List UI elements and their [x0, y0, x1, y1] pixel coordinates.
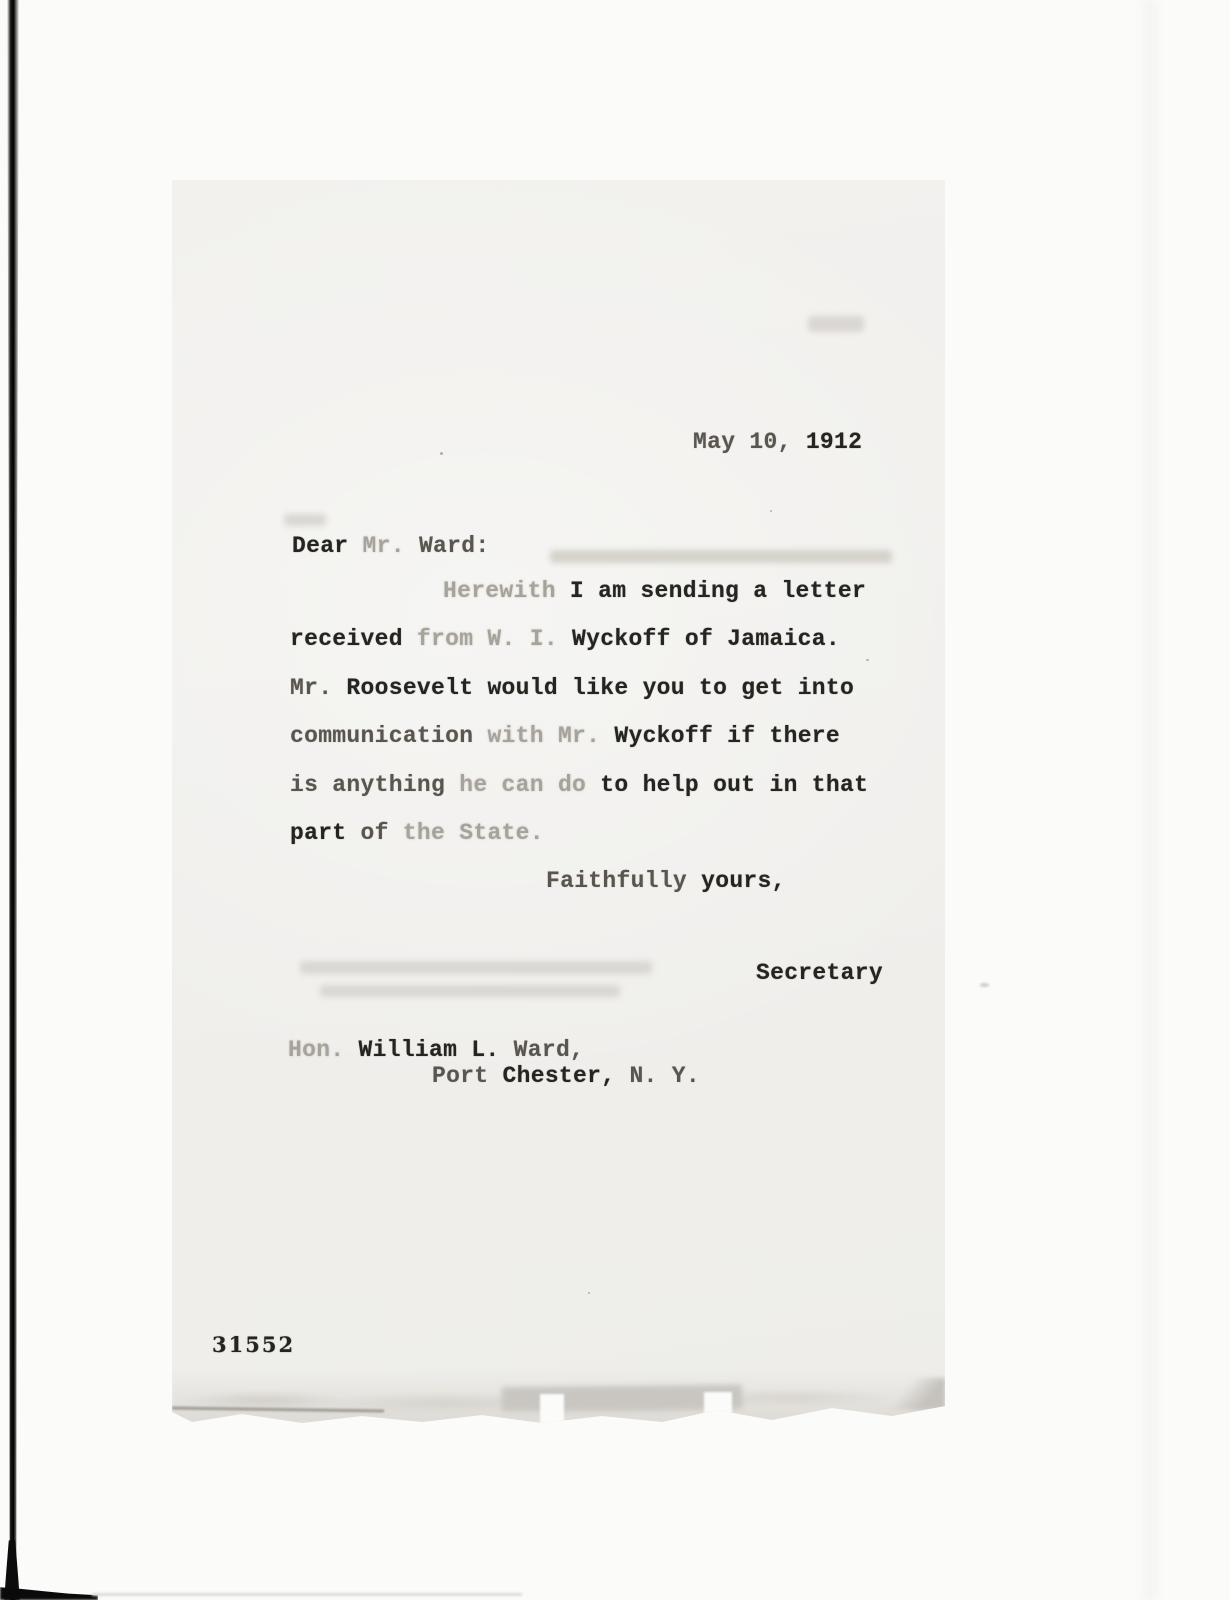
torn-edge-notch	[704, 1392, 732, 1426]
text-segment: Roosevelt would like you to get into	[346, 675, 854, 701]
text-segment: communication	[290, 723, 487, 749]
text-segment: part	[290, 820, 361, 846]
body-line: part of the State.	[290, 820, 544, 846]
text-segment: May 10,	[693, 429, 806, 455]
letter-paper-sheet: May 10, 1912 Dear Mr. Ward: Herewith I a…	[172, 180, 945, 1426]
text-segment: from W. I.	[417, 626, 572, 652]
text-segment: he can do	[459, 772, 600, 798]
torn-edge-notch	[540, 1394, 564, 1426]
recipient-name-line: Hon. William L. Ward,	[288, 1037, 584, 1063]
text-segment: Dear	[292, 533, 363, 559]
text-segment: Ward,	[514, 1037, 585, 1063]
bleedthrough-smudge	[808, 316, 864, 332]
text-segment: Secretary	[756, 960, 883, 986]
bleedthrough-smudge	[284, 514, 326, 526]
text-segment: Hon.	[288, 1037, 359, 1063]
bleedthrough-smudge	[300, 961, 652, 974]
scan-streak-artifact	[1142, 0, 1158, 1600]
paper-speck	[770, 510, 772, 512]
paper-speck	[440, 452, 443, 455]
text-segment: with Mr.	[487, 723, 614, 749]
signature-title-line: Secretary	[756, 960, 883, 986]
paper-speck	[866, 659, 869, 661]
text-segment: William L.	[359, 1037, 514, 1063]
text-segment: the State.	[403, 820, 544, 846]
text-segment: yours,	[701, 868, 786, 894]
scan-edge-bar-artifact	[7, 0, 19, 1600]
text-segment: received	[290, 626, 417, 652]
body-line: is anything he can do to help out in tha…	[290, 772, 868, 798]
recipient-address-line: Port Chester, N. Y.	[432, 1063, 700, 1089]
text-segment: N. Y.	[629, 1063, 700, 1089]
margin-speck	[980, 983, 989, 987]
text-segment: I am sending a letter	[570, 578, 866, 604]
torn-edge-corner-shadow	[868, 1378, 945, 1410]
body-line: Mr. Roosevelt would like you to get into	[290, 675, 854, 701]
text-segment: Mr.	[363, 533, 419, 559]
text-segment: Wyckoff if there	[614, 723, 840, 749]
body-line: Herewith I am sending a letter	[443, 578, 866, 604]
letter-date-line: May 10, 1912	[693, 429, 862, 455]
text-segment: Chester,	[503, 1063, 630, 1089]
text-segment: to help out in that	[600, 772, 868, 798]
text-segment: Wyckoff of Jamaica.	[572, 626, 840, 652]
bleedthrough-smudge	[550, 550, 892, 563]
text-segment: Port	[432, 1063, 503, 1089]
paper-speck	[588, 1292, 590, 1294]
scanned-letter-page: { "letter": { "date_line": { "segments":…	[0, 0, 1230, 1600]
body-line: communication with Mr. Wyckoff if there	[290, 723, 840, 749]
bleedthrough-smudge	[320, 985, 620, 997]
body-line: received from W. I. Wyckoff of Jamaica.	[290, 626, 840, 652]
text-segment: Mr.	[290, 675, 346, 701]
text-segment: Faithfully	[546, 868, 701, 894]
text-segment: 31552	[212, 1332, 295, 1357]
text-segment: 1912	[806, 429, 862, 455]
catalog-number: 31552	[212, 1332, 295, 1358]
closing-line: Faithfully yours,	[546, 868, 786, 894]
text-segment: is anything	[290, 772, 459, 798]
text-segment: of	[361, 820, 403, 846]
scan-bottom-line-artifact	[92, 1593, 522, 1596]
salutation-line: Dear Mr. Ward:	[292, 533, 489, 559]
text-segment: Ward:	[419, 533, 490, 559]
text-segment: Herewith	[443, 578, 570, 604]
